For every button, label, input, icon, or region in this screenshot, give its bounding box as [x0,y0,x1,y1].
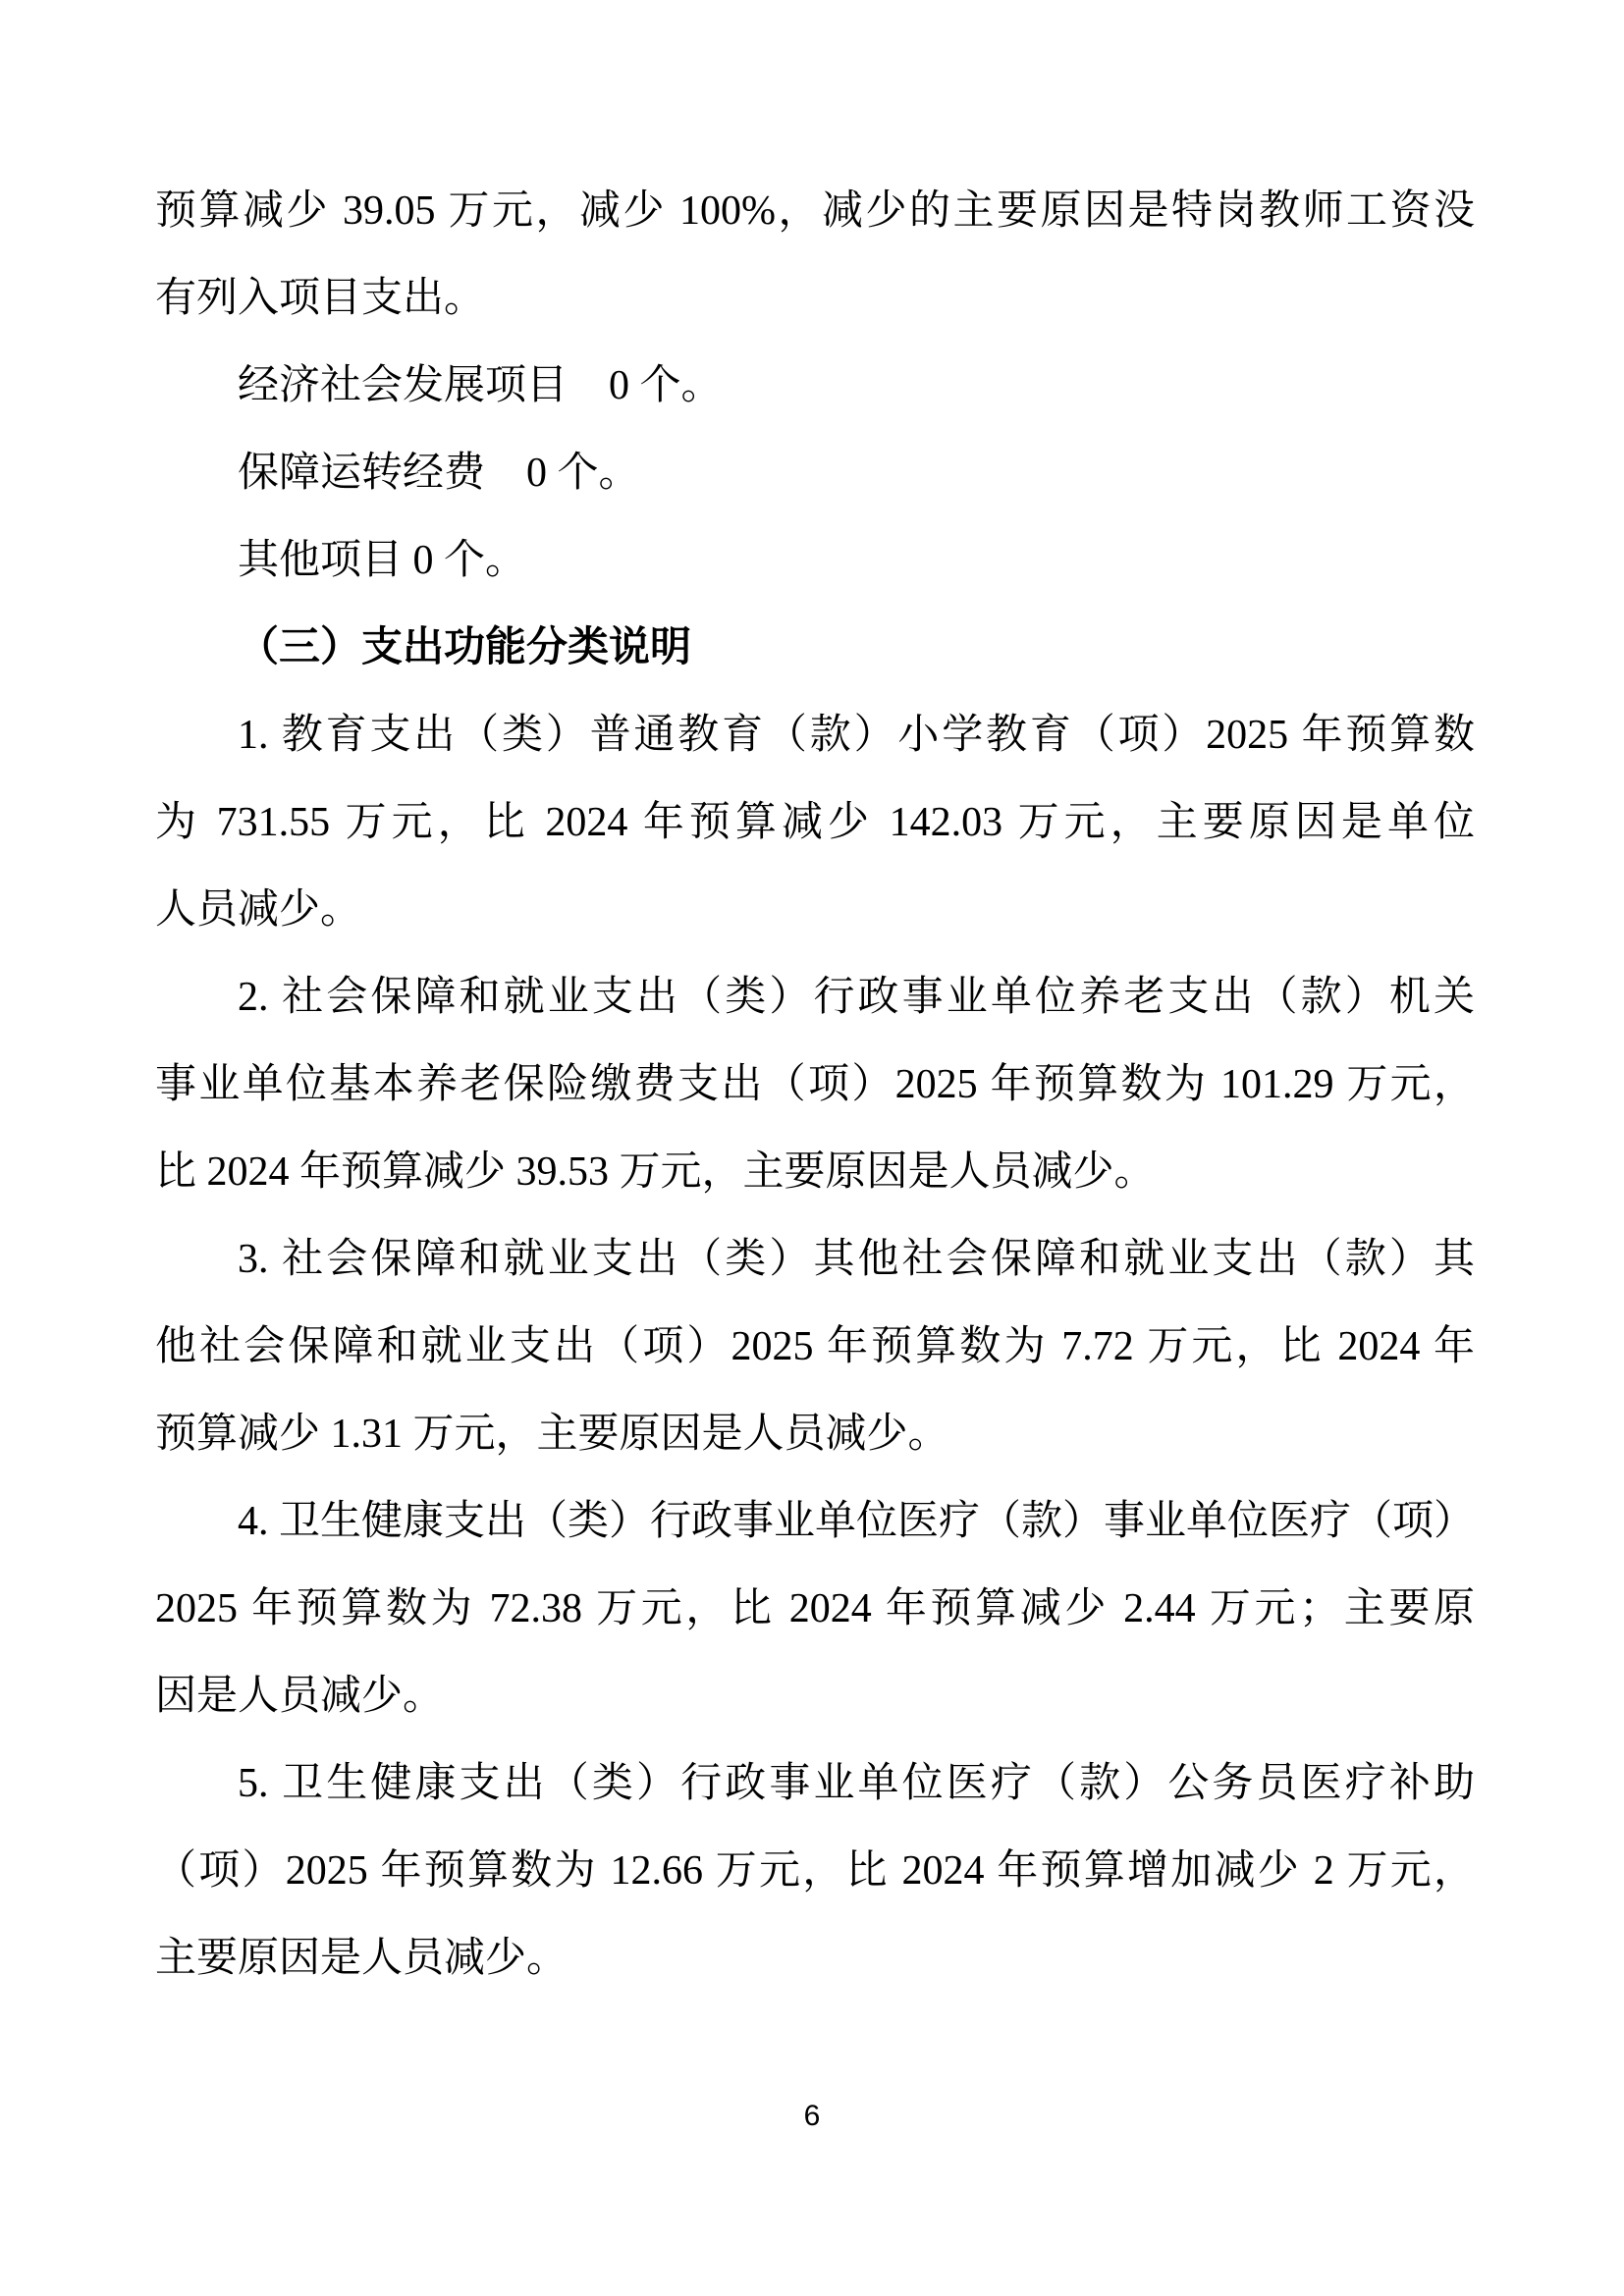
para-item-3-social-security-other: 3. 社会保障和就业支出（类）其他社会保障和就业支出（款）其他社会保障和就业支出… [155,1216,1475,1478]
paragraph-line: 预算减少 1.31 万元，主要原因是人员减少。 [155,1391,1475,1478]
paragraph-line: 预算减少 39.05 万元，减少 100%，减少的主要原因是特岗教师工资没 [155,168,1475,255]
paragraph-line: 因是人员减少。 [155,1653,1475,1740]
paragraph-line: 5. 卫生健康支出（类）行政事业单位医疗（款）公务员医疗补助 [155,1740,1475,1828]
paragraph-line: 其他项目 0 个。 [155,517,1475,605]
para-item-5-health-civil-servant-medical: 5. 卫生健康支出（类）行政事业单位医疗（款）公务员医疗补助（项）2025 年预… [155,1740,1475,2002]
paragraph-line: 比 2024 年预算减少 39.53 万元，主要原因是人员减少。 [155,1129,1475,1216]
para-item-2-social-security-pension: 2. 社会保障和就业支出（类）行政事业单位养老支出（款）机关事业单位基本养老保险… [155,954,1475,1216]
para-item-4-health-institution-medical: 4. 卫生健康支出（类）行政事业单位医疗（款）事业单位医疗（项）2025 年预算… [155,1478,1475,1740]
paragraph-line: 主要原因是人员减少。 [155,1915,1475,2002]
para-item-1-education: 1. 教育支出（类）普通教育（款）小学教育（项）2025 年预算数为 731.5… [155,692,1475,954]
paragraph-line: 事业单位基本养老保险缴费支出（项）2025 年预算数为 101.29 万元， [155,1041,1475,1129]
para-continuation-project-expense: 预算减少 39.05 万元，减少 100%，减少的主要原因是特岗教师工资没有列入… [155,168,1475,343]
paragraph-line: 为 731.55 万元，比 2024 年预算减少 142.03 万元，主要原因是… [155,779,1475,867]
para-other-projects: 其他项目 0 个。 [155,517,1475,605]
paragraph-line: 他社会保障和就业支出（项）2025 年预算数为 7.72 万元，比 2024 年 [155,1304,1475,1391]
paragraph-line: 有列入项目支出。 [155,255,1475,343]
para-operation-guarantee-funds: 保障运转经费 0 个。 [155,430,1475,517]
para-economic-social-projects: 经济社会发展项目 0 个。 [155,343,1475,430]
paragraph-line: 1. 教育支出（类）普通教育（款）小学教育（项）2025 年预算数 [155,692,1475,779]
page-number: 6 [804,2100,821,2132]
paragraph-line: 人员减少。 [155,867,1475,954]
heading-section-three: （三）支出功能分类说明 [155,605,1475,692]
paragraph-line: 3. 社会保障和就业支出（类）其他社会保障和就业支出（款）其 [155,1216,1475,1304]
page-footer: 6 [0,2099,1624,2134]
paragraph-line: 2. 社会保障和就业支出（类）行政事业单位养老支出（款）机关 [155,954,1475,1041]
paragraph-line: 保障运转经费 0 个。 [155,430,1475,517]
paragraph-line: 2025 年预算数为 72.38 万元，比 2024 年预算减少 2.44 万元… [155,1566,1475,1653]
document-page: 预算减少 39.05 万元，减少 100%，减少的主要原因是特岗教师工资没有列入… [0,0,1624,2296]
paragraph-line: 经济社会发展项目 0 个。 [155,343,1475,430]
paragraph-line: 4. 卫生健康支出（类）行政事业单位医疗（款）事业单位医疗（项） [155,1478,1475,1566]
document-body: 预算减少 39.05 万元，减少 100%，减少的主要原因是特岗教师工资没有列入… [155,168,1475,2002]
paragraph-line: （项）2025 年预算数为 12.66 万元，比 2024 年预算增加减少 2 … [155,1828,1475,1915]
paragraph-line: （三）支出功能分类说明 [155,605,1475,692]
